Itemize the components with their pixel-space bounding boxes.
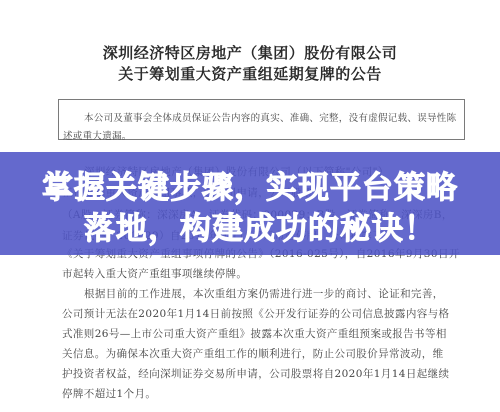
- body-text-line: 停牌不超过1个月。: [62, 386, 156, 401]
- body-text-line: 市起转入重大资产重组事项继续停牌。: [62, 266, 247, 281]
- body-text-line: 根据目前的工作进展，本次重组方案仍需进行进一步的商讨、论证和完善，: [84, 286, 444, 301]
- body-text-line: 公司预计无法在2020年1月14日前按照《公开发行证券的公司信息披露内容与格: [62, 306, 449, 321]
- body-text-line: 关信息。为确保本次重大资产重组工作的顺利进行，防止公司股价异常波动，维: [62, 346, 444, 361]
- banner-headline-line-1: 掌握关键步骤，实现平台策略: [0, 162, 500, 207]
- disclaimer-line-2: 述或重大遗漏。: [63, 128, 132, 142]
- body-text-line: 护投资者权益，经向深圳证券交易所申请，公司股票将自2020年1月14日起继续: [62, 366, 449, 381]
- disclaimer-line-1: 本公司及董事会全体成员保证公告内容的真实、准确、完整，没有虚假记载、误导性陈: [84, 110, 456, 124]
- document-title-subject: 关于筹划重大资产重组延期复牌的公告: [0, 63, 500, 84]
- document-title-company: 深圳经济特区房地产（集团）股份有限公司: [0, 42, 500, 63]
- body-text-line: 式准则26号—上市公司重大资产重组》披露本次重大资产重组预案或报告书等相: [62, 326, 447, 341]
- banner-headline-line-2: 落地，构建成功的秘诀！: [10, 203, 500, 248]
